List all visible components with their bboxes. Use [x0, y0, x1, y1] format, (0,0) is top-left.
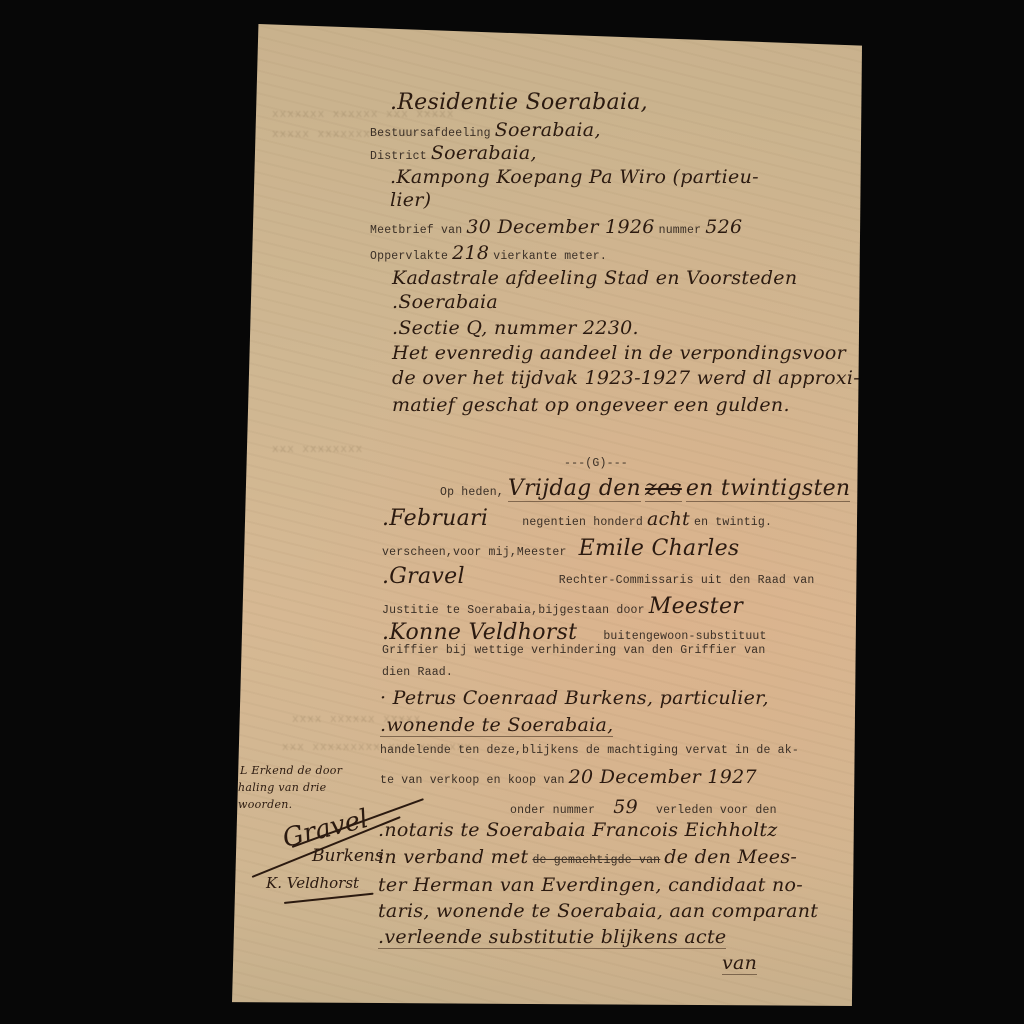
meetbrief-line: Meetbrief van 30 December 1926 nummer 52… — [370, 216, 742, 238]
bestuursafdeeling-line: Bestuursafdeeling Soerabaia, — [370, 119, 601, 141]
onder-nummer-value: 59 — [613, 796, 638, 818]
meetbrief-label: Meetbrief van — [370, 224, 462, 237]
kadastrale-line-2: .Soerabaia — [392, 291, 498, 313]
oppervlakte-line: Oppervlakte 218 vierkante meter. — [370, 242, 607, 264]
month-hand: .Februari — [382, 506, 488, 531]
meetbrief-date: 30 December 1926 — [466, 216, 654, 238]
akte-date-hand: 20 December 1927 — [569, 766, 757, 788]
oppervlakte-label: Oppervlakte — [370, 250, 448, 263]
herman-line: ter Herman van Everdingen, candidaat no- — [378, 874, 803, 896]
year-hand: acht — [647, 508, 690, 530]
griffier-name-line: .Konne Veldhorst buitengewoon-substituut — [382, 620, 767, 645]
comparant-line-1: · Petrus Coenraad Burkens, particulier, — [380, 687, 769, 709]
sectie-line: .Sectie Q, nummer 2230. — [392, 317, 639, 339]
justitie-typed: Justitie te Soerabaia,bijgestaan door — [382, 604, 645, 617]
day-hand-prefix: Vrijdag den — [508, 476, 641, 502]
substitutie-line: .verleende substitutie blijkens acte — [378, 926, 726, 949]
verband-line: in verband met de gemachtigde van de den… — [378, 846, 797, 868]
verband-suffix: de den Mees- — [664, 846, 797, 868]
substituut-typed: buitengewoon-substituut — [603, 630, 766, 643]
rechter-name-2: .Gravel — [382, 564, 465, 589]
year-line: .Februari negentien honderd acht en twin… — [382, 506, 772, 531]
onder-nummer-line: onder nummer 59 verleden voor den — [510, 796, 777, 818]
justitie-line: Justitie te Soerabaia,bijgestaan door Me… — [382, 594, 743, 619]
comparant-line-2: .wonende te Soerabaia, — [380, 714, 613, 737]
handelende-line: handelende ten deze,blijkens de machtigi… — [380, 744, 799, 757]
griffier-hand-1: Meester — [649, 594, 743, 619]
kampong-line-1: .Kampong Koepang Pa Wiro (partieu- — [390, 166, 759, 188]
aandeel-line-2: de over het tijdvak 1923-1927 werd dl ap… — [392, 367, 860, 389]
kampong-line-2: lier) — [390, 189, 431, 211]
district-label: District — [370, 150, 427, 163]
verscheen-line: verscheen,voor mij,Meester Emile Charles — [382, 536, 740, 561]
district-line: District Soerabaia, — [370, 142, 537, 164]
griffier-hand-2: .Konne Veldhorst — [382, 620, 577, 645]
residentie-line: .Residentie Soerabaia, — [390, 90, 648, 115]
kadastrale-line-1: Kadastrale afdeeling Stad en Voorsteden — [392, 267, 797, 289]
bestuursafdeeling-label: Bestuursafdeeling — [370, 127, 491, 140]
section-separator: ---(G)--- — [564, 457, 628, 470]
verband-prefix: in verband met — [378, 846, 528, 868]
margin-note-line-2: haling van drie — [238, 781, 326, 794]
aandeel-line-1: Het evenredig aandeel in de verpondingsv… — [392, 342, 846, 364]
oppervlakte-value: 218 — [452, 242, 489, 264]
rechter-name-1: Emile Charles — [579, 536, 740, 561]
signature-burkens: Burkens — [312, 846, 384, 866]
op-heden-label: Op heden, — [440, 486, 504, 499]
verband-struck: de gemachtigde van — [532, 854, 660, 867]
oppervlakte-unit: vierkante meter. — [493, 250, 607, 263]
year-typed-1: negentien honderd — [522, 516, 643, 529]
margin-note-line-3: woorden. — [238, 798, 292, 811]
notaris-line: .notaris te Soerabaia Francois Eichholtz — [378, 819, 778, 841]
bestuursafdeeling-value: Soerabaia, — [495, 119, 601, 141]
verscheen-typed: verscheen,voor mij,Meester — [382, 546, 567, 559]
verleden-typed: verleden voor den — [656, 804, 777, 817]
district-value: Soerabaia, — [431, 142, 537, 164]
meetbrief-nummer-label: nummer — [659, 224, 702, 237]
signature-veldhorst: K. Veldhorst — [266, 874, 359, 892]
signature-underline — [284, 893, 374, 904]
bleed-through-text: xxx xxxxxxxx — [272, 444, 363, 456]
taris-line: taris, wonende te Soerabaia, aan compara… — [378, 900, 818, 922]
van-catchword: van — [722, 952, 757, 975]
akte-line: te van verkoop en koop van 20 December 1… — [380, 766, 757, 788]
meetbrief-nummer: 526 — [705, 216, 742, 238]
day-hand-struck: zes — [645, 476, 682, 502]
onder-nummer-label: onder nummer — [510, 804, 595, 817]
griffier-line: Griffier bij wettige verhindering van de… — [382, 644, 765, 657]
year-typed-2: en twintig. — [694, 516, 772, 529]
margin-note-line-1: L Erkend de door — [240, 764, 342, 777]
akte-typed: te van verkoop en koop van — [380, 774, 565, 787]
day-hand-suffix: en twintigsten — [686, 476, 851, 502]
dien-raad-line: dien Raad. — [382, 666, 453, 679]
op-heden-line: Op heden, Vrijdag den zes en twintigsten — [440, 476, 850, 501]
rechter-line: .Gravel Rechter-Commissaris uit den Raad… — [382, 564, 814, 589]
rechter-title: Rechter-Commissaris uit den Raad van — [559, 574, 815, 587]
document-page: xxxxxxx xxxxxx xxx xxxxx xxxxx xxxxxxx x… — [232, 24, 862, 1006]
aandeel-line-3: matief geschat op ongeveer een gulden. — [392, 394, 790, 416]
